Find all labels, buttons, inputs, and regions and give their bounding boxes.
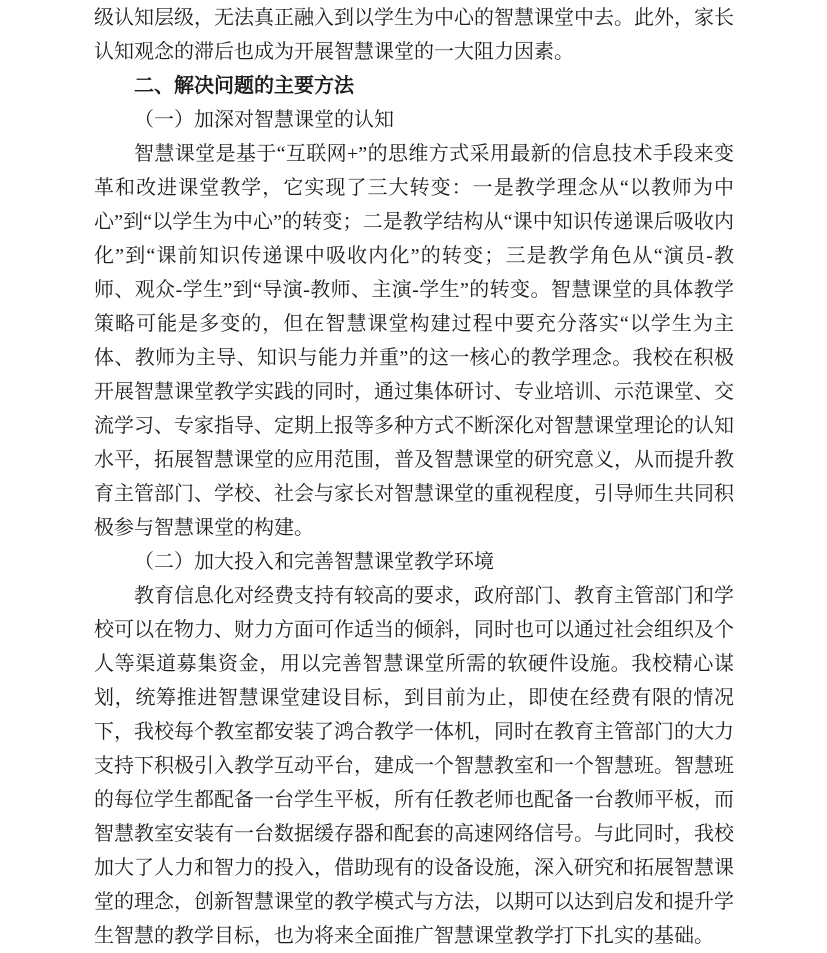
paragraph-continuation: 级认知层级，无法真正融入到以学生为中心的智慧课堂中去。此外，家长认知观念的滞后也… (94, 1, 734, 69)
document-page: 级认知层级，无法真正融入到以学生为中心的智慧课堂中去。此外，家长认知观念的滞后也… (0, 0, 827, 953)
section-heading: 二、解决问题的主要方法 (94, 69, 734, 103)
body-paragraph-1: 智慧课堂是基于“互联网+”的思维方式采用最新的信息技术手段来变革和改进课堂教学，… (94, 137, 734, 545)
subsection-heading-2: （二）加大投入和完善智慧课堂教学环境 (94, 545, 734, 579)
body-paragraph-2: 教育信息化对经费支持有较高的要求，政府部门、教育主管部门和学校可以在物力、财力方… (94, 579, 734, 953)
subsection-heading-1: （一）加深对智慧课堂的认知 (94, 103, 734, 137)
